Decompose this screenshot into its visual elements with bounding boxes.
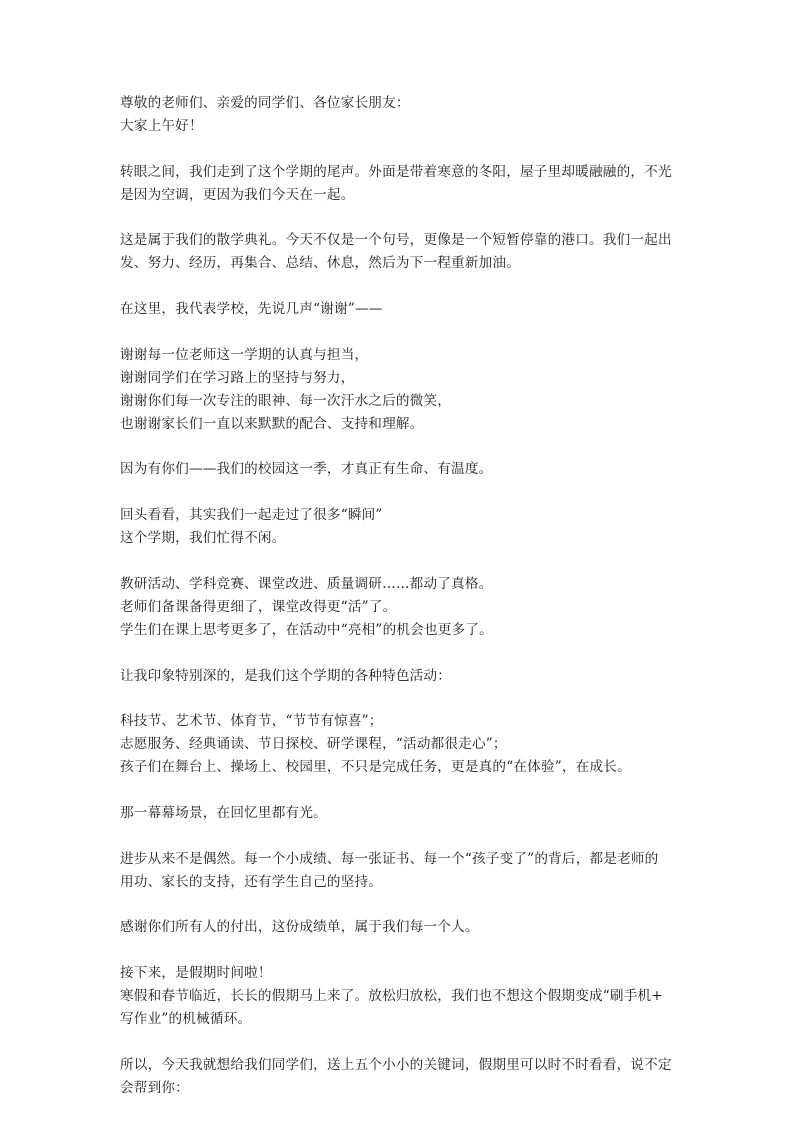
activities-paragraph: 科技节、艺术节、体育节，“节节有惊喜”； 志愿服务、经典诵读、节日探校、研学课程… (120, 710, 676, 779)
text-line: 教研活动、学科竞赛、课堂改进、质量调研……都动了真格。 (120, 573, 676, 596)
text-line: 谢谢每一位老师这一学期的认真与担当， (120, 344, 676, 367)
text-line: 转眼之间，我们走到了这个学期的尾声。外面是带着寒意的冬阳，屋子里却暖融融的，不光 (120, 161, 676, 184)
paragraph: 进步从来不是偶然。每一个小成绩、每一张证书、每一个“孩子变了”的背后，都是老师的… (120, 848, 676, 894)
thanks-list-paragraph: 谢谢每一位老师这一学期的认真与担当， 谢谢同学们在学习路上的坚持与努力， 谢谢你… (120, 344, 676, 436)
text-line: 这个学期，我们忙得不闲。 (120, 527, 676, 550)
paragraph: 在这里，我代表学校，先说几声“谢谢”—— (120, 298, 676, 321)
text-line: 让我印象特别深的，是我们这个学期的各种特色活动： (120, 665, 676, 688)
text-line: 科技节、艺术节、体育节，“节节有惊喜”； (120, 710, 676, 733)
text-line: 回头看看，其实我们一起走过了很多“瞬间” (120, 504, 676, 527)
text-line: 是因为空调，更因为我们今天在一起。 (120, 184, 676, 207)
paragraph: 让我印象特别深的，是我们这个学期的各种特色活动： (120, 665, 676, 688)
holiday-paragraph: 接下来，是假期时间啦！ 寒假和春节临近，长长的假期马上来了。放松归放松，我们也不… (120, 962, 676, 1031)
paragraph: 那一幕幕场景，在回忆里都有光。 (120, 802, 676, 825)
text-line: 谢谢你们每一次专注的眼神、每一次汗水之后的微笑， (120, 390, 676, 413)
paragraph: 这是属于我们的散学典礼。今天不仅是一个句号，更像是一个短暂停靠的港口。我们一起出… (120, 229, 676, 275)
text-line: 写作业”的机械循环。 (120, 1008, 676, 1031)
text-line: 进步从来不是偶然。每一个小成绩、每一张证书、每一个“孩子变了”的背后，都是老师的 (120, 848, 676, 871)
text-line: 所以，今天我就想给我们同学们，送上五个小小的关键词，假期里可以时不时看看，说不定 (120, 1054, 676, 1077)
document-page: 尊敬的老师们、亲爱的同学们、各位家长朋友： 大家上午好！ 转眼之间，我们走到了这… (120, 92, 676, 1122)
text-line: 尊敬的老师们、亲爱的同学们、各位家长朋友： (120, 92, 676, 115)
text-line: 孩子们在舞台上、操场上、校园里，不只是完成任务，更是真的“在体验”，在成长。 (120, 756, 676, 779)
paragraph: 因为有你们——我们的校园这一季，才真正有生命、有温度。 (120, 458, 676, 481)
text-line: 发、努力、经历，再集合、总结、休息，然后为下一程重新加油。 (120, 252, 676, 275)
text-line: 那一幕幕场景，在回忆里都有光。 (120, 802, 676, 825)
text-line: 大家上午好！ (120, 115, 676, 138)
paragraph: 所以，今天我就想给我们同学们，送上五个小小的关键词，假期里可以时不时看看，说不定… (120, 1054, 676, 1100)
text-line: 这是属于我们的散学典礼。今天不仅是一个句号，更像是一个短暂停靠的港口。我们一起出 (120, 229, 676, 252)
text-line: 用功、家长的支持，还有学生自己的坚持。 (120, 871, 676, 894)
paragraph: 转眼之间，我们走到了这个学期的尾声。外面是带着寒意的冬阳，屋子里却暖融融的，不光… (120, 161, 676, 207)
text-line: 会帮到你： (120, 1077, 676, 1100)
paragraph: 回头看看，其实我们一起走过了很多“瞬间” 这个学期，我们忙得不闲。 (120, 504, 676, 550)
text-line: 老师们备课备得更细了，课堂改得更“活”了。 (120, 596, 676, 619)
text-line: 在这里，我代表学校，先说几声“谢谢”—— (120, 298, 676, 321)
text-line: 因为有你们——我们的校园这一季，才真正有生命、有温度。 (120, 458, 676, 481)
text-line: 谢谢同学们在学习路上的坚持与努力， (120, 367, 676, 390)
paragraph: 感谢你们所有人的付出，这份成绩单，属于我们每一个人。 (120, 916, 676, 939)
text-line: 感谢你们所有人的付出，这份成绩单，属于我们每一个人。 (120, 916, 676, 939)
text-line: 接下来，是假期时间啦！ (120, 962, 676, 985)
text-line: 也谢谢家长们一直以来默默的配合、支持和理解。 (120, 413, 676, 436)
paragraph: 教研活动、学科竞赛、课堂改进、质量调研……都动了真格。 老师们备课备得更细了，课… (120, 573, 676, 642)
text-line: 志愿服务、经典诵读、节日探校、研学课程，“活动都很走心”； (120, 733, 676, 756)
text-line: 寒假和春节临近，长长的假期马上来了。放松归放松，我们也不想这个假期变成“刷手机+ (120, 985, 676, 1008)
greeting-paragraph: 尊敬的老师们、亲爱的同学们、各位家长朋友： 大家上午好！ (120, 92, 676, 138)
text-line: 学生们在课上思考更多了，在活动中“亮相”的机会也更多了。 (120, 619, 676, 642)
